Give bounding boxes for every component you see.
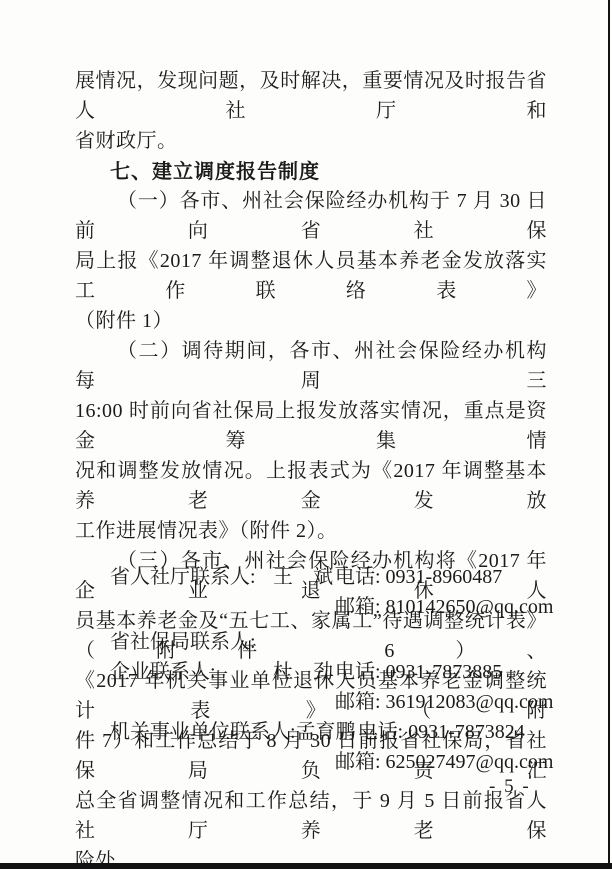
contact-email: 邮箱: 810142650@qq.com xyxy=(335,592,553,622)
contact-phone: 电话: 0931-8960487 xyxy=(335,562,502,592)
scan-edge-bottom-line xyxy=(0,863,612,869)
contact-phone: 电话: 0931-7873885 xyxy=(335,657,502,687)
body-line: 况和调整发放情况。上报表式为《2017 年调整基本养老金发放 xyxy=(75,456,547,516)
contact-label xyxy=(110,592,273,622)
document-page: 展情况，发现问题，及时解决，重要情况及时报告省人社厅和 省财政厅。 七、建立调度… xyxy=(0,0,612,869)
body-line: 局上报《2017 年调整退休人员基本养老金发放落实工作联络表》 xyxy=(75,246,547,306)
contact-row: 省人社厅联系人: 王 斌 电话: 0931-8960487 xyxy=(110,562,560,592)
scan-speck xyxy=(170,801,174,803)
scan-edge-right-line xyxy=(608,0,610,869)
contact-row: 省社保局联系人: xyxy=(110,627,560,657)
body-line: 展情况，发现问题，及时解决，重要情况及时报告省人社厅和 xyxy=(75,66,547,126)
contact-label xyxy=(110,687,273,717)
contact-name xyxy=(273,747,335,777)
contact-name: 杜 劲 xyxy=(273,657,335,687)
body-line: （二）调待期间，各市、州社会保险经办机构每周三 xyxy=(75,336,547,396)
contact-email: 邮箱: 361912083@qq.com xyxy=(335,687,553,717)
contact-phone: 电话: 0931-7873824 xyxy=(358,717,525,747)
contact-name xyxy=(273,627,335,657)
contact-label: 企业联系人: xyxy=(110,657,273,687)
contact-name: 王 斌 xyxy=(273,562,335,592)
contact-row: 企业联系人: 杜 劲 电话: 0931-7873885 xyxy=(110,657,560,687)
contact-block: 省人社厅联系人: 王 斌 电话: 0931-8960487 邮箱: 810142… xyxy=(110,562,560,777)
contact-row: 邮箱: 361912083@qq.com xyxy=(110,687,560,717)
contact-label xyxy=(110,747,273,777)
contact-email: 邮箱: 625027497@qq.com xyxy=(335,747,553,777)
contact-name xyxy=(273,687,335,717)
body-line: 总全省调整情况和工作总结，于 9 月 5 日前报省人社厅养老保 xyxy=(75,786,547,846)
section-heading: 七、建立调度报告制度 xyxy=(75,156,547,186)
contact-row: 机关事业单位联系人: 孟育鹏 电话: 0931-7873824 xyxy=(110,717,560,747)
body-line: 省财政厅。 xyxy=(75,126,547,156)
contact-label: 省人社厅联系人: xyxy=(110,562,273,592)
body-line: 16:00 时前向省社保局上报发放落实情况，重点是资金筹集情 xyxy=(75,396,547,456)
body-line: （一）各市、州社会保险经办机构于 7 月 30 日前向省社保 xyxy=(75,186,547,246)
contact-label: 省社保局联系人: xyxy=(110,627,273,657)
body-line: 工作进展情况表》（附件 2）。 xyxy=(75,516,547,546)
page-number: - 5 - xyxy=(489,776,531,798)
contact-row: 邮箱: 625027497@qq.com xyxy=(110,747,560,777)
contact-name: 孟育鹏 xyxy=(296,717,358,747)
body-line: （附件 1） xyxy=(75,306,547,336)
contact-label: 机关事业单位联系人: xyxy=(110,717,296,747)
contact-name xyxy=(273,592,335,622)
contact-row: 邮箱: 810142650@qq.com xyxy=(110,592,560,622)
